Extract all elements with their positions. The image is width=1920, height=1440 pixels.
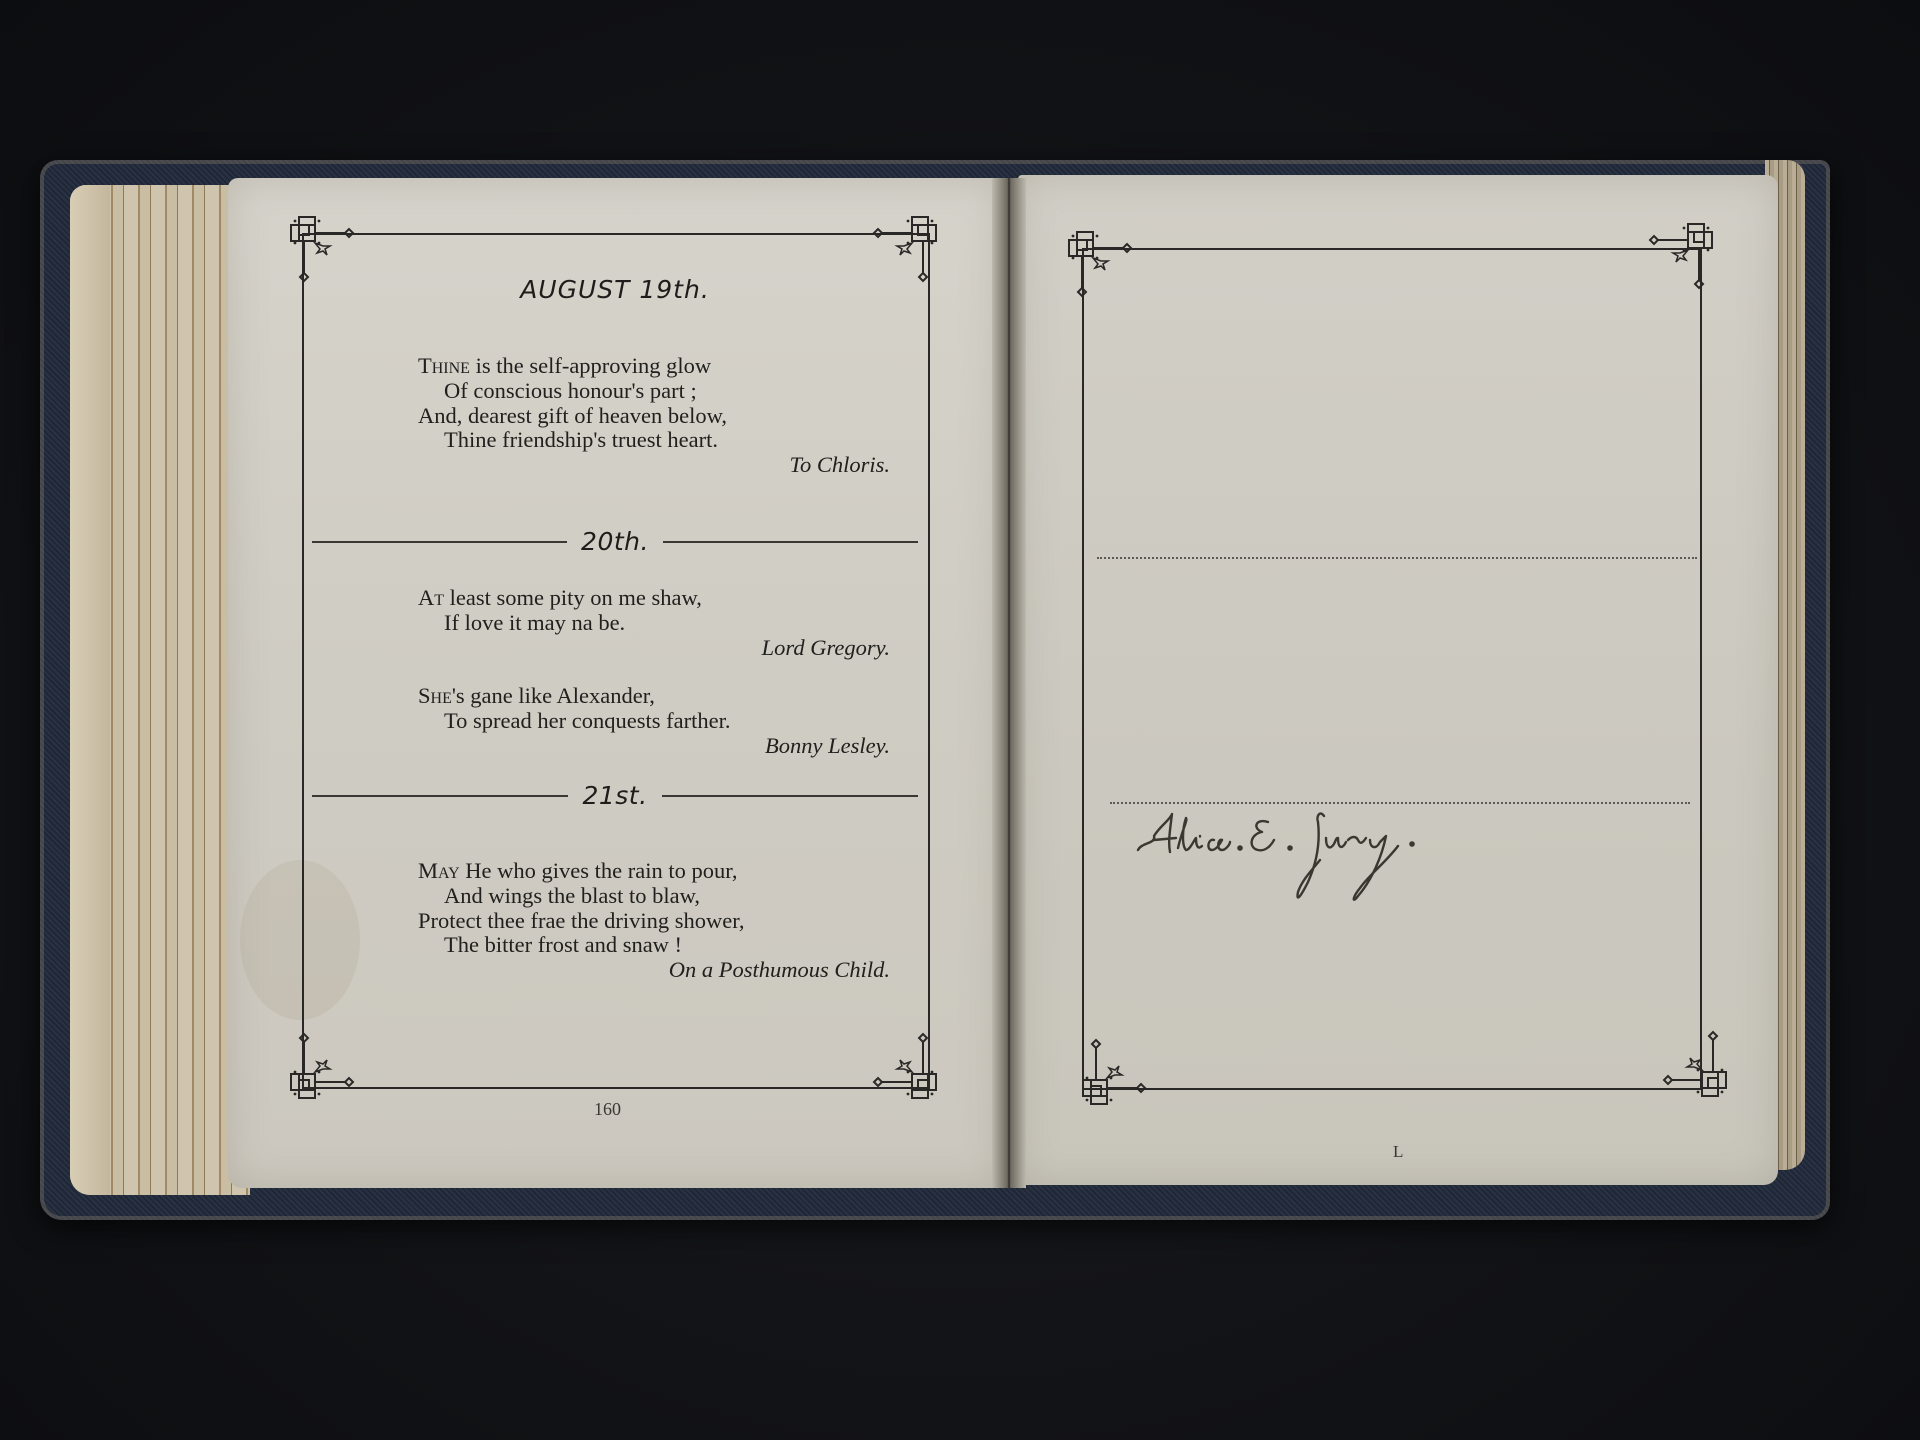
- divider-rule: [663, 541, 918, 543]
- signature-mark: L: [1393, 1142, 1403, 1162]
- dotted-autograph-line: [1097, 557, 1697, 559]
- right-page-border-frame: [1082, 248, 1702, 1090]
- verse-line: Of conscious honour's part ;: [418, 379, 888, 404]
- page-heading-date: AUGUST 19th.: [300, 275, 930, 304]
- verse-lead-word: She: [418, 683, 452, 708]
- verse-lead-word: May: [418, 858, 460, 883]
- verse-line: If love it may na be.: [418, 611, 888, 636]
- verse-line: Protect thee frae the driving shower,: [418, 909, 888, 934]
- verse-lead-word: Thine: [418, 353, 470, 378]
- verse-to-chloris: Thine is the self-approving glow Of cons…: [418, 354, 888, 478]
- book-gutter: [992, 178, 1026, 1188]
- verse-line: And wings the blast to blaw,: [418, 884, 888, 909]
- verse-attribution: Bonny Lesley.: [418, 734, 890, 759]
- verse-line: The bitter frost and snaw !: [418, 933, 888, 958]
- page-edges-left: [70, 185, 250, 1195]
- celtic-knot-corner-ornament-icon: [1077, 1036, 1147, 1106]
- divider-rule: [662, 795, 918, 797]
- celtic-knot-corner-ornament-icon: [1662, 1028, 1732, 1098]
- verse-attribution: On a Posthumous Child.: [418, 958, 890, 983]
- page-number: 160: [594, 1099, 621, 1120]
- divider-rule: [312, 541, 567, 543]
- day-label: 21st.: [582, 781, 647, 810]
- day-divider-21st: 21st.: [312, 781, 918, 810]
- verse-line: And, dearest gift of heaven below,: [418, 404, 888, 429]
- day-label: 20th.: [581, 527, 649, 556]
- celtic-knot-corner-ornament-icon: [1648, 222, 1718, 292]
- verse-line: To spread her conquests farther.: [418, 709, 888, 734]
- verse-lord-gregory: At least some pity on me shaw, If love i…: [418, 586, 888, 660]
- celtic-knot-corner-ornament-icon: [872, 1030, 942, 1100]
- verse-attribution: To Chloris.: [418, 453, 890, 478]
- verse-posthumous-child: May He who gives the rain to pour, And w…: [418, 859, 888, 983]
- celtic-knot-corner-ornament-icon: [1063, 230, 1133, 300]
- celtic-knot-corner-ornament-icon: [285, 1030, 355, 1100]
- verse-lead-word: At: [418, 585, 444, 610]
- day-divider-20th: 20th.: [312, 527, 918, 556]
- divider-rule: [312, 795, 568, 797]
- verse-line: Thine friendship's truest heart.: [418, 428, 888, 453]
- verse-bonny-lesley: She's gane like Alexander, To spread her…: [418, 684, 888, 758]
- verse-attribution: Lord Gregory.: [418, 636, 890, 661]
